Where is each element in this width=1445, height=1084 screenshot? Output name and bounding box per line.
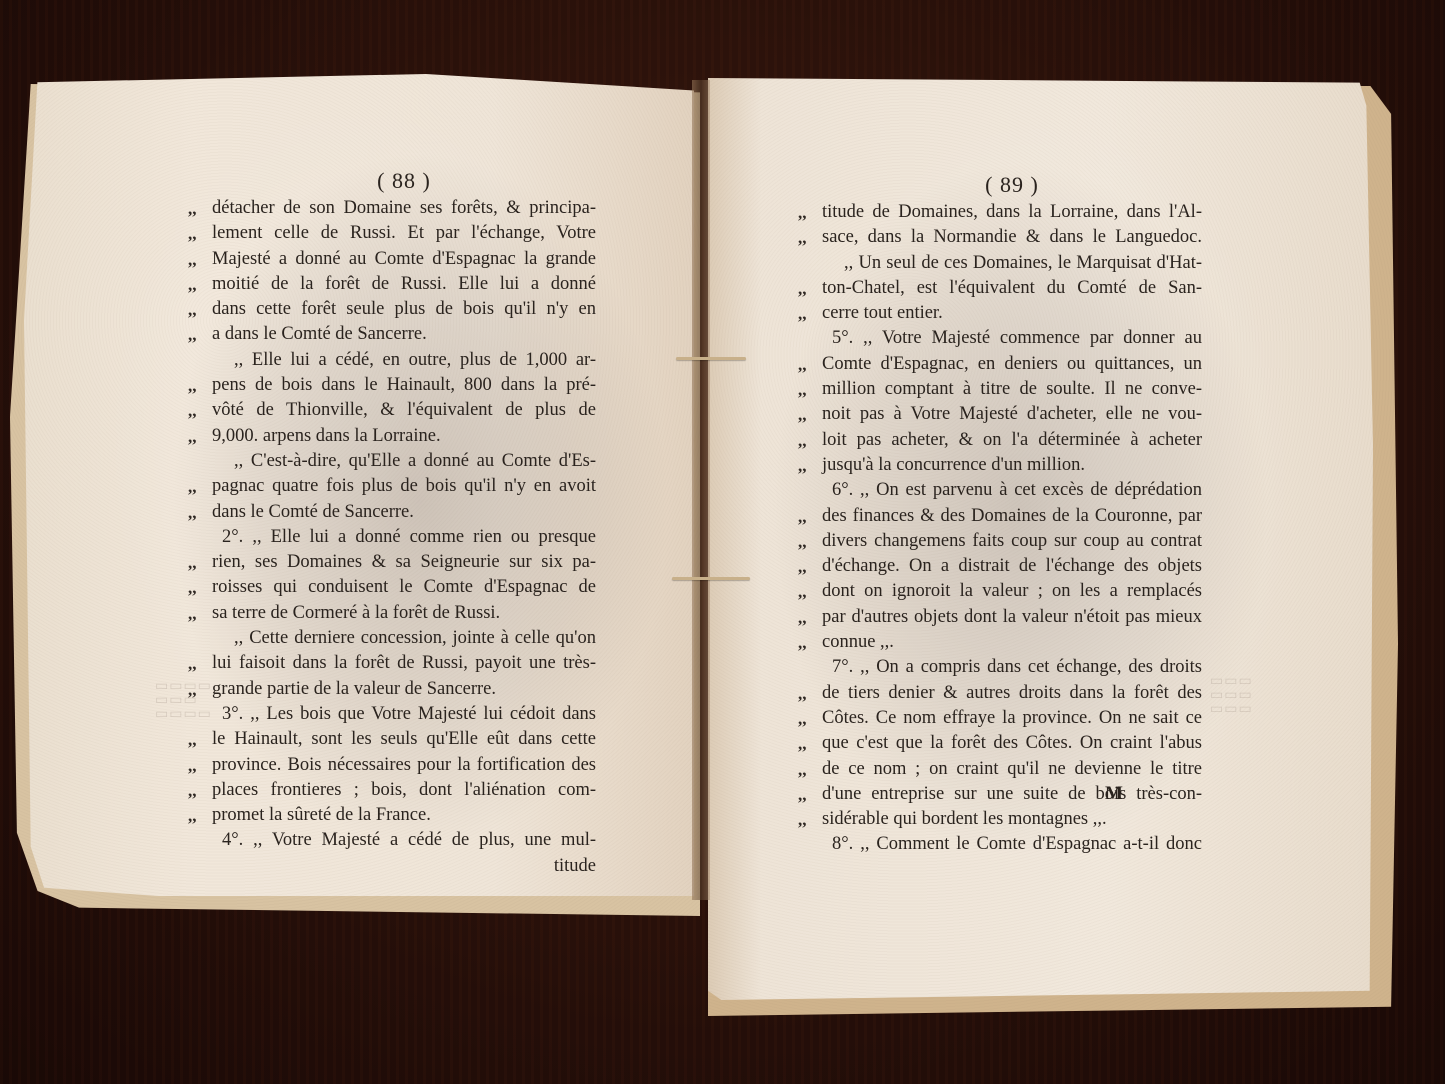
text-line: ,,rien, ses Domaines & sa Seigneurie sur…: [212, 550, 596, 575]
text-line: ,,9,000. arpens dans la Lorraine.: [212, 424, 596, 449]
text-line: ,,dont on ignoroit la valeur ; on les a …: [822, 579, 1202, 604]
text-line: ,,jusqu'à la concurrence d'un million.: [822, 453, 1202, 478]
text-line: ,,par d'autres objets dont la valeur n'é…: [822, 605, 1202, 630]
text-line: ,,Côtes. Ce nom effraye la province. On …: [822, 706, 1202, 731]
text-line: ,,ton-Chatel, est l'équivalent du Comté …: [822, 276, 1202, 301]
text-line: ,,de ce nom ; on craint qu'il ne devienn…: [822, 757, 1202, 782]
text-line: ,, Elle lui a cédé, en outre, plus de 1,…: [212, 348, 596, 373]
text-line: ,,pens de bois dans le Hainault, 800 dan…: [212, 373, 596, 398]
text-line: 7°. ,, On a compris dans cet échange, de…: [822, 655, 1202, 680]
text-line: ,,loit pas acheter, & on l'a déterminée …: [822, 428, 1202, 453]
right-page-text: ( 89 ) ,,titude de Domaines, dans la Lor…: [822, 172, 1202, 858]
text-line: ,,dans le Comté de Sancerre.: [212, 500, 596, 525]
text-line: ,,des finances & des Domaines de la Cour…: [822, 504, 1202, 529]
open-book: ▭▭▭▭▭▭▭▭▭▭▭ ▭▭▭▭▭▭▭▭▭ ( 88 ) ,,détacher …: [0, 0, 1445, 1084]
book-gutter: [692, 80, 710, 900]
text-line: ,,vôté de Thionville, & l'équivalent de …: [212, 398, 596, 423]
text-line: 4°. ,, Votre Majesté a cédé de plus, une…: [212, 828, 596, 853]
text-line: ,,noit pas à Votre Majesté d'acheter, el…: [822, 402, 1202, 427]
text-line: ,,sace, dans la Normandie & dans le Lang…: [822, 225, 1202, 250]
text-line: ,,titude de Domaines, dans la Lorraine, …: [822, 200, 1202, 225]
text-line: ,,d'échange. On a distrait de l'échange …: [822, 554, 1202, 579]
left-page-text: ( 88 ) ,,détacher de son Domaine ses for…: [212, 168, 596, 879]
text-line: ,,sidérable qui bordent les montagnes ,,…: [822, 807, 1202, 832]
text-line: 8°. ,, Comment le Comte d'Espagnac a-t-i…: [822, 832, 1202, 857]
text-line: ,,roisses qui conduisent le Comte d'Espa…: [212, 575, 596, 600]
text-line: ,,a dans le Comté de Sancerre.: [212, 322, 596, 347]
binding-thread-bottom: [672, 577, 750, 580]
text-line: ,,province. Bois nécessaires pour la for…: [212, 753, 596, 778]
text-line: ,,détacher de son Domaine ses forêts, & …: [212, 196, 596, 221]
text-line: ,,lui faisoit dans la forêt de Russi, pa…: [212, 651, 596, 676]
text-line: ,, C'est-à-dire, qu'Elle a donné au Comt…: [212, 449, 596, 474]
text-line: ,,d'une entreprise sur une suite de bois…: [822, 782, 1202, 807]
text-line: ,,dans cette forêt seule plus de bois qu…: [212, 297, 596, 322]
text-line: ,,cerre tout entier.: [822, 301, 1202, 326]
catchword: titude: [212, 854, 596, 879]
text-line: 5°. ,, Votre Majesté commence par donner…: [822, 326, 1202, 351]
page-number-88: ( 88 ): [212, 168, 596, 194]
text-line: ,,divers changemens faits coup sur coup …: [822, 529, 1202, 554]
page-number-89: ( 89 ): [822, 172, 1202, 198]
text-line: ,,lement celle de Russi. Et par l'échang…: [212, 221, 596, 246]
text-line: ,,que c'est que la forêt des Côtes. On c…: [822, 731, 1202, 756]
text-line: ,,places frontieres ; bois, dont l'alién…: [212, 778, 596, 803]
text-line: 6°. ,, On est parvenu à cet excès de dép…: [822, 478, 1202, 503]
text-line: ,, Un seul de ces Domaines, le Marquisat…: [822, 251, 1202, 276]
text-line: 3°. ,, Les bois que Votre Majesté lui cé…: [212, 702, 596, 727]
binding-thread-top: [676, 357, 746, 360]
text-line: ,,promet la sûreté de la France.: [212, 803, 596, 828]
text-line: ,,moitié de la forêt de Russi. Elle lui …: [212, 272, 596, 297]
text-line: ,,le Hainault, sont les seuls qu'Elle eû…: [212, 727, 596, 752]
text-line: ,,pagnac quatre fois plus de bois qu'il …: [212, 474, 596, 499]
text-line: ,,de tiers denier & autres droits dans l…: [822, 681, 1202, 706]
text-line: ,, Cette derniere concession, jointe à c…: [212, 626, 596, 651]
text-line: ,,connue ,,.: [822, 630, 1202, 655]
text-line: 2°. ,, Elle lui a donné comme rien ou pr…: [212, 525, 596, 550]
text-line: ,,Comte d'Espagnac, en deniers ou quitta…: [822, 352, 1202, 377]
text-line: ,,million comptant à titre de soulte. Il…: [822, 377, 1202, 402]
text-line: ,,sa terre de Cormeré à la forêt de Russ…: [212, 601, 596, 626]
signature-mark: M: [1105, 783, 1123, 805]
text-line: ,,grande partie de la valeur de Sancerre…: [212, 677, 596, 702]
text-line: ,,Majesté a donné au Comte d'Espagnac la…: [212, 247, 596, 272]
